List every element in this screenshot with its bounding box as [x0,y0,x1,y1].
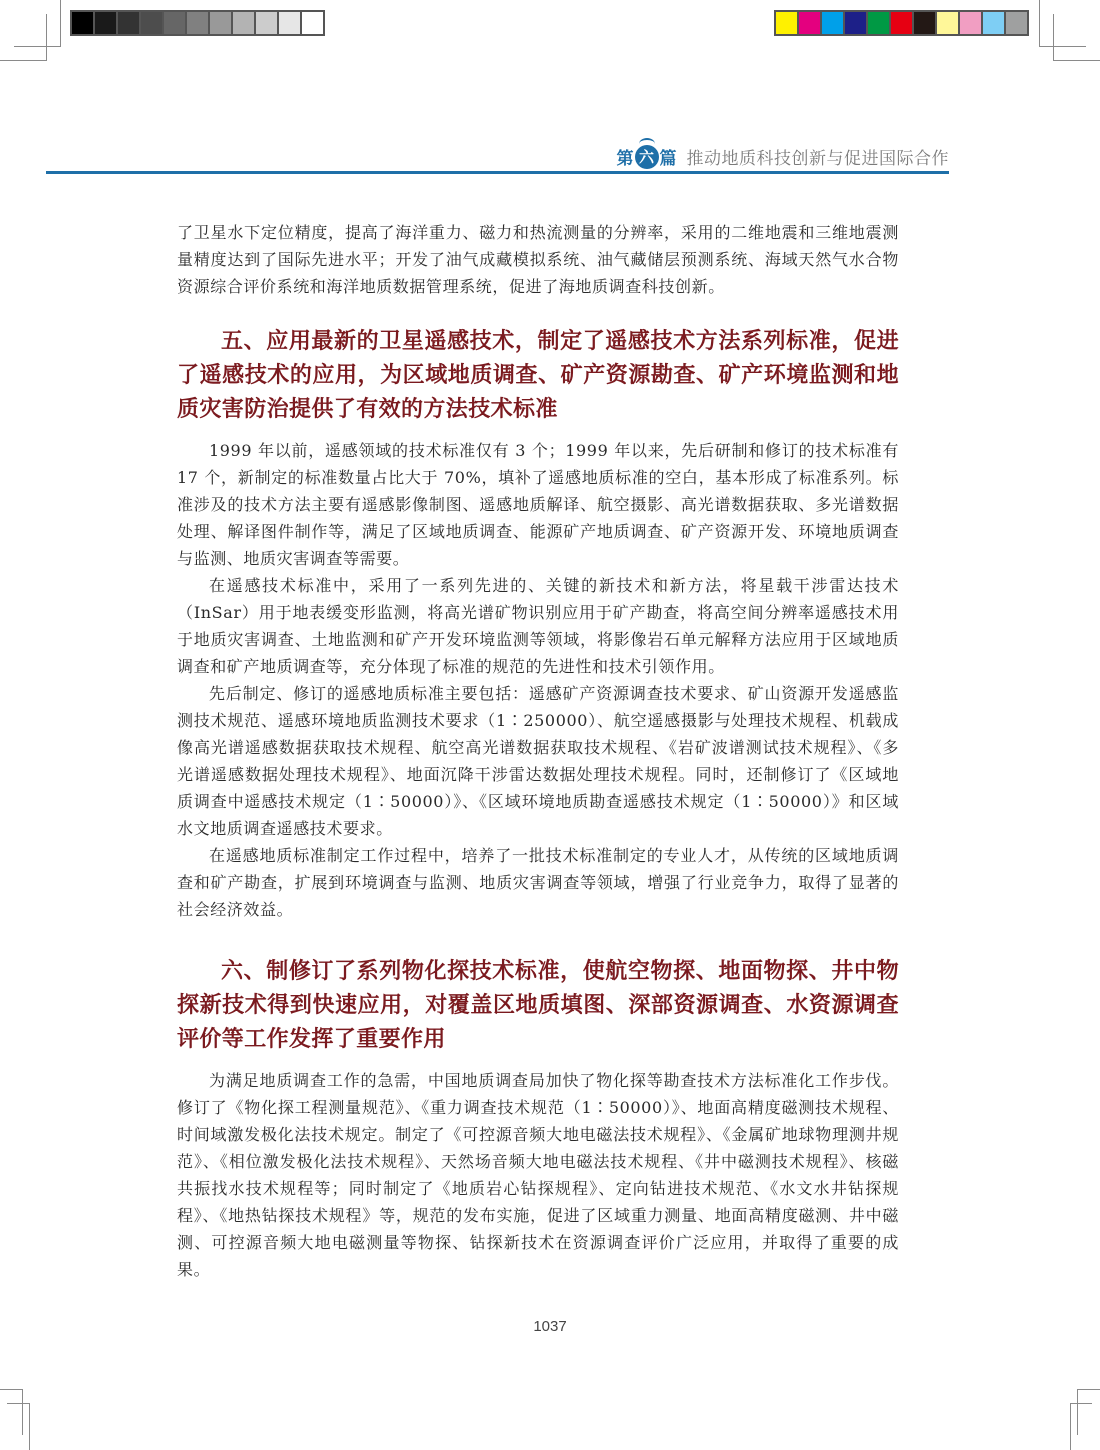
section-6-heading: 六、制修订了系列物化探技术标准，使航空物探、地面物探、井中物探新技术得到快速应用… [177,955,899,1057]
part-number-badge-icon: 六 [635,145,659,169]
crop-mark-top-left-h2 [0,60,47,61]
crop-mark-bottom-left-v1 [22,1389,23,1435]
running-head-text: 第 六 篇 推动地质科技创新与促进国际合作 [617,144,950,169]
part-suffix: 篇 [660,144,677,169]
running-head-rule [46,171,949,174]
color-swatch [1006,12,1027,34]
crop-mark-top-left-h1 [14,46,60,47]
gray-swatch [72,12,93,34]
color-swatch [845,12,866,34]
crop-mark-top-left-v1 [60,0,61,47]
gray-swatch [141,12,162,34]
color-swatch [776,12,797,34]
crop-mark-top-left-v2 [46,14,47,61]
section-5-heading: 五、应用最新的卫星遥感技术，制定了遥感技术方法系列标准，促进了遥感技术的应用，为… [177,325,899,427]
color-swatch [914,12,935,34]
crop-mark-bottom-right-h2 [1070,1403,1092,1404]
crop-mark-top-right-v2 [1053,14,1054,61]
crop-mark-bottom-right-v1 [1077,1389,1078,1435]
section-5-paragraph-4: 在遥感地质标准制定工作过程中，培养了一批技术标准制定的专业人才，从传统的区域地质… [177,842,899,923]
section-6: 六、制修订了系列物化探技术标准，使航空物探、地面物探、井中物探新技术得到快速应用… [177,955,899,1057]
color-swatch [937,12,958,34]
color-swatch [799,12,820,34]
intro-paragraph: 了卫星水下定位精度，提高了海洋重力、磁力和热流测量的分辨率，采用的二维地震和三维… [177,219,899,300]
running-head-title: 推动地质科技创新与促进国际合作 [687,144,950,169]
gray-swatch [233,12,254,34]
gray-swatch [302,12,323,34]
gray-swatch [256,12,277,34]
running-head: 第 六 篇 推动地质科技创新与促进国际合作 [46,140,949,174]
section-5-paragraph-3: 先后制定、修订的遥感地质标准主要包括：遥感矿产资源调查技术要求、矿山资源开发遥感… [177,680,899,842]
color-swatch [983,12,1004,34]
crop-mark-top-right-v1 [1039,0,1040,47]
gray-swatch [279,12,300,34]
crop-mark-bottom-left-v2 [29,1403,30,1450]
grayscale-calibration-bar [70,10,325,36]
color-swatch [822,12,843,34]
intro-block: 了卫星水下定位精度，提高了海洋重力、磁力和热流测量的分辨率，采用的二维地震和三维… [177,219,899,300]
crop-mark-bottom-left-h2 [7,1403,29,1404]
gray-swatch [164,12,185,34]
crop-mark-bottom-right-v2 [1070,1403,1071,1450]
crop-mark-bottom-right-h1 [1078,1389,1100,1390]
color-swatch [868,12,889,34]
color-swatch [891,12,912,34]
color-swatch [960,12,981,34]
crop-mark-top-right-h1 [1040,46,1086,47]
gray-swatch [118,12,139,34]
gray-swatch [187,12,208,34]
crop-mark-bottom-left-h1 [0,1389,22,1390]
page-number: 1037 [0,1318,1100,1335]
crop-mark-top-right-h2 [1053,60,1100,61]
gray-swatch [210,12,231,34]
section-5: 五、应用最新的卫星遥感技术，制定了遥感技术方法系列标准，促进了遥感技术的应用，为… [177,325,899,427]
section-6-paragraph-1: 为满足地质调查工作的急需，中国地质调查局加快了物化探等勘查技术方法标准化工作步伐… [177,1067,899,1283]
section-5-paragraph-1: 1999 年以前，遥感领域的技术标准仅有 3 个；1999 年以来，先后研制和修… [177,437,899,572]
section-5-body: 1999 年以前，遥感领域的技术标准仅有 3 个；1999 年以来，先后研制和修… [177,437,899,923]
part-prefix: 第 [617,144,634,169]
gray-swatch [95,12,116,34]
section-6-body: 为满足地质调查工作的急需，中国地质调查局加快了物化探等勘查技术方法标准化工作步伐… [177,1067,899,1283]
section-5-paragraph-2: 在遥感技术标准中，采用了一系列先进的、关键的新技术和新方法，将星载干涉雷达技术（… [177,572,899,680]
color-calibration-bar [774,10,1029,36]
